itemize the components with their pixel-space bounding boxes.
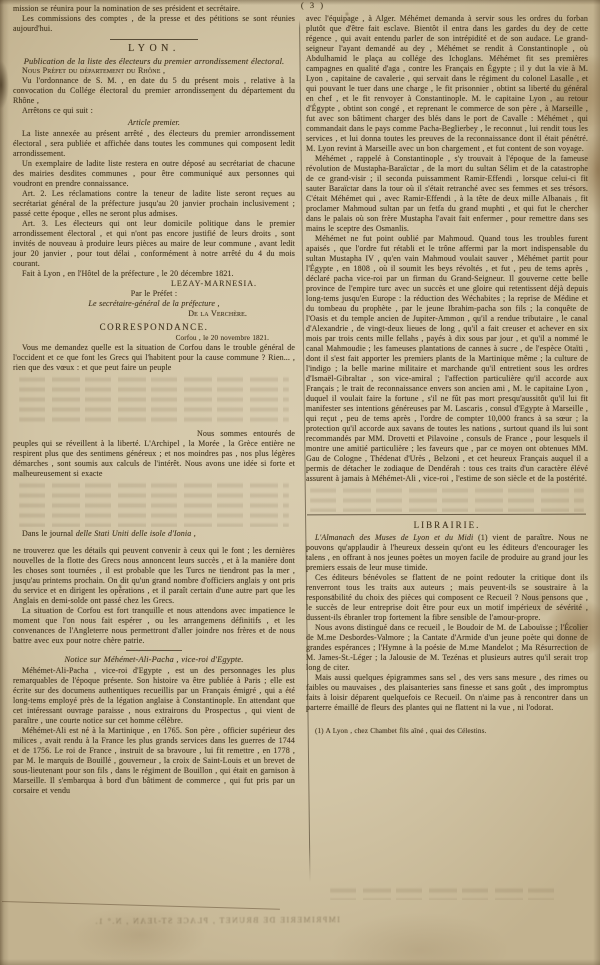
footnote-line: (1) A Lyon , chez Chambet fils aîné , qu… [306,726,588,736]
flotte-paragraph: ne trouverez que les détails qui peuvent… [13,546,295,606]
left-column: mission se réunira pour la nomination de… [13,4,295,796]
secretaire-signature: De la Verchère. [13,309,295,319]
small-gap [13,539,295,546]
mehemet-paragraph-2: Méhémet , rappelé à Constantinople , s'y… [306,154,588,234]
fait-a-lyon-line: Fait à Lyon , en l'Hôtel de la préfectur… [13,269,295,279]
mehemet-paragraph-1: avec l'équipage , à Alger. Méhémet deman… [306,14,588,154]
prefet-line: Nous Préfet du département du Rhône , [13,66,295,76]
librairie-heading: LIBRAIRIE. [306,520,588,530]
notice-paragraph-2: Méhémet-Ali est né à la Martinique , en … [13,726,295,796]
bleedthrough-patch [19,481,289,527]
article-premier-heading: Article premier. [13,118,295,128]
article1-paragraph: La liste annexée au présent arrêté , des… [13,129,295,159]
ordonnance-paragraph: Vu l'ordonnance de S. M. , en date du 5 … [13,76,295,106]
corfou-paragraph: Vous me demandez quelle est la situation… [13,343,295,373]
section-rule [126,650,182,651]
notice-heading: Notice sur Méhémet-Ali-Pacha , vice-roi … [13,654,295,664]
right-column: avec l'équipage , à Alger. Méhémet deman… [306,14,588,736]
section-rule [110,39,198,40]
secretaire-line: Le secrétaire-général de la préfecture , [13,299,295,309]
continuation-paragraph: mission se réunira pour la nomination de… [13,4,295,14]
arretons-line: Arrêtons ce qui suit : [13,106,295,116]
prefet-signature: LEZAY-MARNESIA. [13,279,295,289]
almanach-paragraph: L'Almanach des Muses de Lyon et du Midi … [306,533,588,573]
corfou-dateline: Corfou , le 20 novembre 1821. [13,333,295,343]
editeurs-paragraph: Ces éditeurs bénévoles se flattent de ne… [306,573,588,623]
almanach-title: L'Almanach des Muses de Lyon et du Midi [315,533,473,542]
bleedthrough-patch [330,886,560,900]
bleedthrough-rule [2,901,280,910]
article3-paragraph: Art. 3. Les électeurs qui ont leur domic… [13,219,295,269]
publication-subtitle: Publication de la liste des électeurs du… [13,56,295,66]
lyon-section-heading: LYON. [13,44,295,54]
commissions-paragraph: Les commissions des comptes , de la pres… [13,14,295,34]
journal-intro: Dans le journal [22,529,76,538]
journal-line: Dans le journal delle Stati Uniti delle … [13,529,295,539]
correspondance-heading: CORRESPONDANCE. [13,322,295,332]
exemplaire-paragraph: Un exemplaire de ladite liste restera en… [13,159,295,189]
bleedthrough-patch [310,486,584,512]
mehemet-paragraph-3: Méhémet ne fut point oublié par Mahmoud.… [306,234,588,484]
entoures-paragraph: Nous sommes entourés de peuples qui se r… [13,429,295,479]
distingue-paragraph: Nous avons distingué dans ce recueil , l… [306,623,588,673]
par-le-prefet-line: Par le Préfet : [13,289,295,299]
journal-outro: , [191,529,196,538]
bleedthrough-patch [19,375,289,427]
notice-paragraph-1: Méhémet-Ali-Pacha , vice-roi d'Egypte , … [13,666,295,726]
newspaper-page-scan: { "page": { "number": "( 3 )", "paper_co… [0,0,600,965]
printer-imprint-bleedthrough: IMPRIMERIE DE BRUNET , PLACE ST-JEAN , N… [92,915,342,926]
article2-paragraph: Art. 2. Les réclamations contre la teneu… [13,189,295,219]
section-rule [307,514,586,516]
epigrammes-paragraph: Mais aussi quelques épigrammes sans sel … [306,673,588,713]
situation-paragraph: La situation de Corfou est fort tranquil… [13,606,295,646]
journal-title: delle Stati Uniti delle isole d'Ionia [76,529,192,538]
